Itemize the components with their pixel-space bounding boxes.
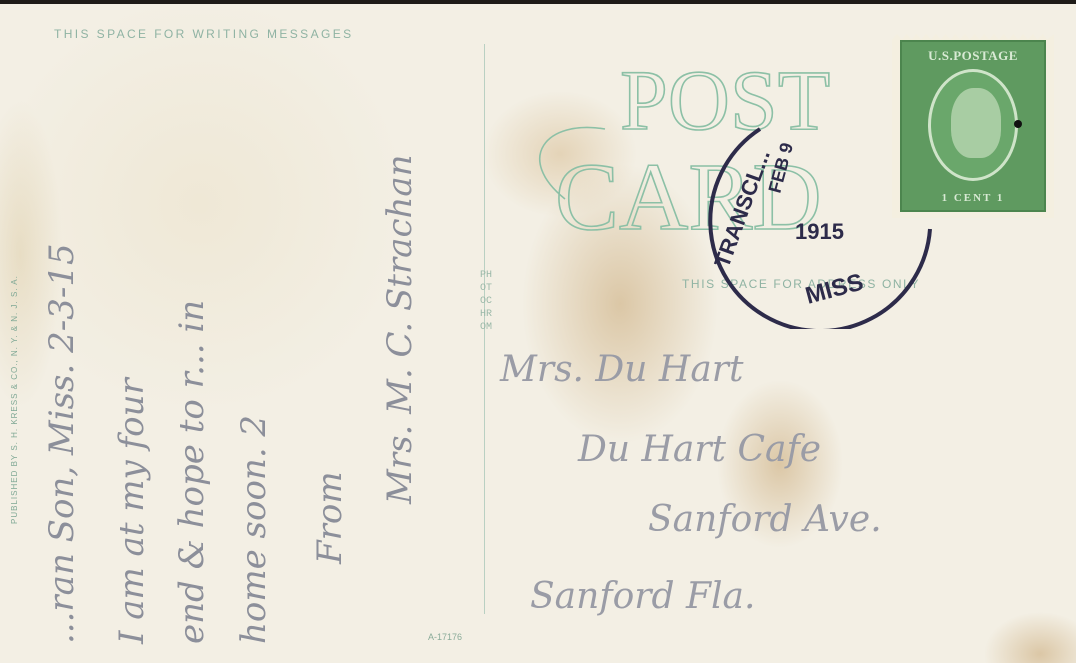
postcard-back: THIS SPACE FOR WRITING MESSAGES PUBLISHE… xyxy=(0,4,1076,663)
postmark: TRANSCL... FEB 9 1915 MISS xyxy=(690,99,950,329)
message-line: From xyxy=(310,471,350,564)
address-line-business: Du Hart Cafe xyxy=(578,429,821,470)
postmark-town: TRANSCL... xyxy=(709,146,775,271)
message-line: ...ran Son, Miss. 2-3-15 xyxy=(42,243,82,644)
postmark-year: 1915 xyxy=(795,219,844,244)
address-line-city: Sanford Fla. xyxy=(530,576,755,617)
punch-hole xyxy=(1014,120,1022,128)
message-line: I am at my four xyxy=(112,378,152,644)
photochrom-label: PHOTOCHROM xyxy=(480,269,492,334)
publisher-credit: PUBLISHED BY S. H. KRESS & CO., N. Y. & … xyxy=(10,275,19,524)
address-line-recipient: Mrs. Du Hart xyxy=(500,349,743,390)
stamp-denomination-top: U.S.POSTAGE xyxy=(902,48,1044,64)
message-space-header: THIS SPACE FOR WRITING MESSAGES xyxy=(54,27,354,41)
signature: Mrs. M. C. Strachan xyxy=(380,154,420,504)
postmark-state: MISS xyxy=(803,269,867,310)
message-line: end & hope to r... in xyxy=(172,300,212,644)
address-line-street: Sanford Ave. xyxy=(648,499,882,540)
message-line: home soon. 2 xyxy=(234,415,274,644)
card-code: A-17176 xyxy=(428,632,462,642)
